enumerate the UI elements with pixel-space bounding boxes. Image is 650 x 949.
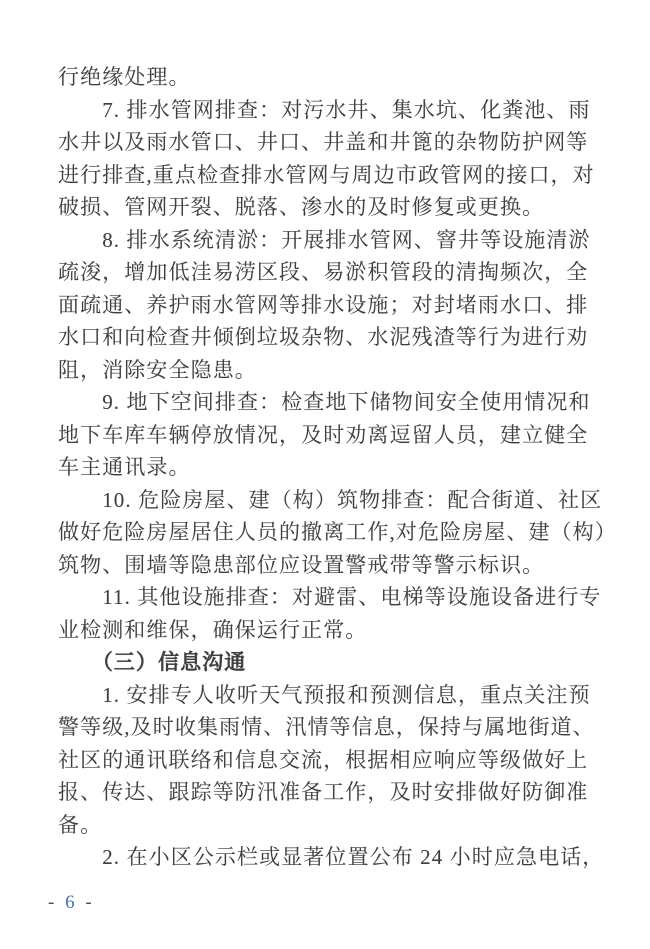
text-line: 7. 排水管网排查：对污水井、集水坑、化粪池、雨 [58, 94, 598, 127]
text-line: 地下车库车辆停放情况，及时劝离逗留人员，建立健全 [58, 419, 598, 452]
text-line: 做好危险房屋居住人员的撤离工作,对危险房屋、建（构） [58, 516, 598, 549]
page-number-value: 6 [65, 892, 78, 913]
text-line: 备。 [58, 809, 598, 842]
text-line: 业检测和维保，确保运行正常。 [58, 614, 598, 647]
text-line: 筑物、围墙等隐患部位应设置警戒带等警示标识。 [58, 549, 598, 582]
section-heading: （三）信息沟通 [58, 646, 598, 679]
text-line: 进行排查,重点检查排水管网与周边市政管网的接口，对 [58, 159, 598, 192]
text-line: 水口和向检查井倾倒垃圾杂物、水泥残渣等行为进行劝 [58, 321, 598, 354]
text-line: 疏浚，增加低洼易涝区段、易淤积管段的清掏频次，全 [58, 256, 598, 289]
document-body: 行绝缘处理。 7. 排水管网排查：对污水井、集水坑、化粪池、雨 水井以及雨水管口… [58, 61, 598, 874]
text-line: 报、传达、跟踪等防汛准备工作，及时安排做好防御准 [58, 776, 598, 809]
page-number-dash-right: - [78, 892, 95, 913]
text-line: 警等级,及时收集雨情、汛情等信息，保持与属地街道、 [58, 711, 598, 744]
text-line: 破损、管网开裂、脱落、渗水的及时修复或更换。 [58, 191, 598, 224]
text-line: 行绝缘处理。 [58, 61, 598, 94]
page-number-dash-left: - [48, 892, 65, 913]
scanned-document-page: 行绝缘处理。 7. 排水管网排查：对污水井、集水坑、化粪池、雨 水井以及雨水管口… [0, 0, 650, 949]
text-line: 10. 危险房屋、建（构）筑物排查：配合街道、社区 [58, 484, 598, 517]
text-line: 水井以及雨水管口、井口、井盖和井篦的杂物防护网等 [58, 126, 598, 159]
text-line: 车主通讯录。 [58, 451, 598, 484]
text-line: 面疏通、养护雨水管网等排水设施；对封堵雨水口、排 [58, 289, 598, 322]
text-line: 11. 其他设施排查：对避雷、电梯等设施设备进行专 [58, 581, 598, 614]
text-line: 阻，消除安全隐患。 [58, 354, 598, 387]
page-number: - 6 - [48, 890, 95, 916]
text-line: 8. 排水系统清淤：开展排水管网、窨井等设施清淤 [58, 224, 598, 257]
text-line: 2. 在小区公示栏或显著位置公布 24 小时应急电话， [58, 841, 598, 874]
text-line: 9. 地下空间排查：检查地下储物间安全使用情况和 [58, 386, 598, 419]
text-line: 社区的通讯联络和信息交流，根据相应响应等级做好上 [58, 744, 598, 777]
text-line: 1. 安排专人收听天气预报和预测信息，重点关注预 [58, 679, 598, 712]
